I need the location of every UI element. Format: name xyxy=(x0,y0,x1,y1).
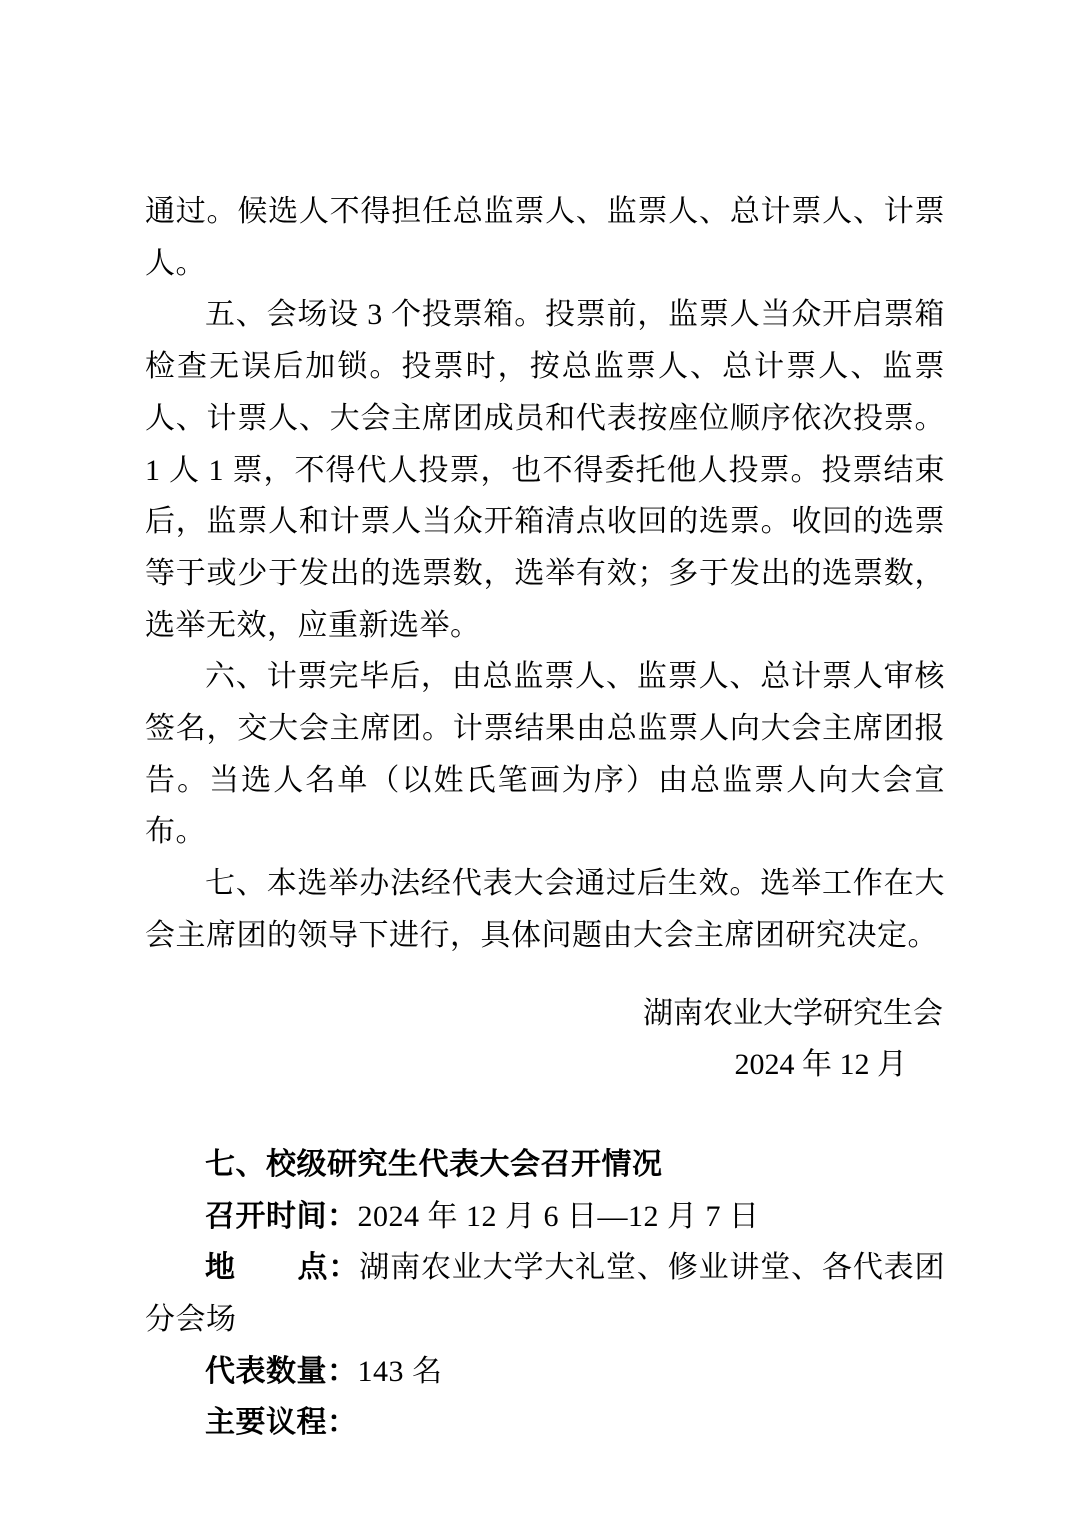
signature-block: 湖南农业大学研究生会 2024 年 12 月 xyxy=(145,988,945,1091)
info-value-delegate-count: 143 名 xyxy=(358,1355,443,1388)
info-label-time: 召开时间： xyxy=(205,1200,358,1233)
info-label-location: 地 点： xyxy=(205,1251,359,1284)
document-content: 通过。候选人不得担任总监票人、监票人、总计票人、计票人。 五、会场设 3 个投票… xyxy=(145,186,945,1449)
signature-organization: 湖南农业大学研究生会 xyxy=(145,988,945,1040)
info-label-delegate-count: 代表数量： xyxy=(205,1355,358,1388)
info-label-agenda: 主要议程： xyxy=(205,1406,358,1439)
meeting-info-section: 七、校级研究生代表大会召开情况 召开时间：2024 年 12 月 6 日—12 … xyxy=(145,1139,945,1449)
info-line-delegate-count: 代表数量：143 名 xyxy=(145,1346,945,1398)
info-line-time: 召开时间：2024 年 12 月 6 日—12 月 7 日 xyxy=(145,1191,945,1243)
info-line-location: 地 点：湖南农业大学大礼堂、修业讲堂、各代表团分会场 xyxy=(145,1242,945,1345)
body-paragraph-item-7: 七、本选举办法经代表大会通过后生效。选举工作在大会主席团的领导下进行，具体问题由… xyxy=(145,858,945,961)
body-paragraph-continuation: 通过。候选人不得担任总监票人、监票人、总计票人、计票人。 xyxy=(145,186,945,289)
info-line-agenda: 主要议程： xyxy=(145,1397,945,1449)
document-page: 通过。候选人不得担任总监票人、监票人、总计票人、计票人。 五、会场设 3 个投票… xyxy=(0,0,1074,1520)
body-paragraph-item-5: 五、会场设 3 个投票箱。投票前，监票人当众开启票箱检查无误后加锁。投票时，按总… xyxy=(145,289,945,651)
section-heading: 七、校级研究生代表大会召开情况 xyxy=(145,1139,945,1191)
signature-date: 2024 年 12 月 xyxy=(145,1039,945,1091)
body-paragraph-item-6: 六、计票完毕后，由总监票人、监票人、总计票人审核签名，交大会主席团。计票结果由总… xyxy=(145,651,945,858)
info-value-time: 2024 年 12 月 6 日—12 月 7 日 xyxy=(358,1200,760,1233)
